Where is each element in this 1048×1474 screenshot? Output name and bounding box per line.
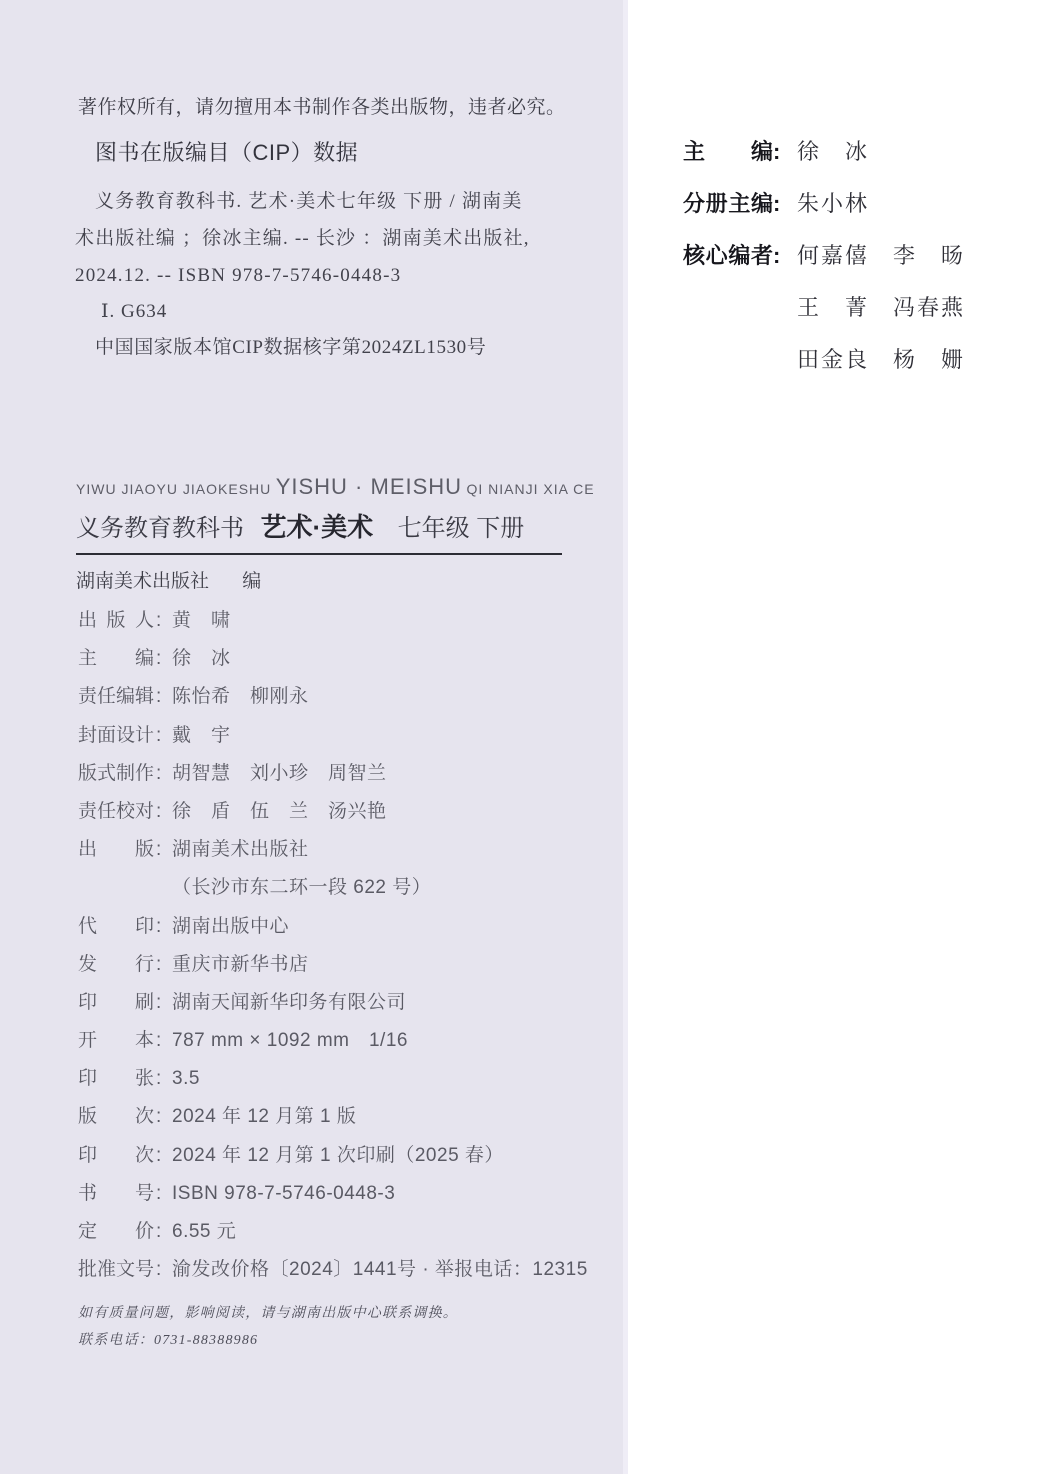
publisher-line: 湖南美术出版社 编 <box>76 566 562 593</box>
cip-record-number: 中国国家版本馆CIP数据核字第2024ZL1530号 <box>95 330 585 366</box>
book-title: 义务教育教科书 艺术·美术 七年级 下册 <box>76 507 562 544</box>
cip-classification: Ⅰ. G634 <box>101 294 585 330</box>
cip-line-3: 2024.12. -- ISBN 978-7-5746-0448-3 <box>75 257 585 294</box>
quality-note-line1: 如有质量问题，影响阅读，请与湖南出版中心联系调换。 <box>78 1300 458 1327</box>
editor-row-core-1: 核心编者:何嘉僖 李 旸 <box>683 230 1023 282</box>
colophon-row-sheets: 印张:3.5 <box>78 1060 598 1098</box>
title-series: 义务教育教科书 <box>76 515 244 542</box>
left-page: 著作权所有，请勿擅用本书制作各类出版物，违者必究。 图书在版编目（CIP）数据 … <box>0 0 628 1474</box>
colophon-list: 出版人:黄 啸 主编:徐 冰 责任编辑:陈怡希 柳刚永 封面设计:戴 宇 版式制… <box>78 602 598 1289</box>
pinyin-line: YIWU JIAOYU JIAOKESHU YISHU · MEISHU QI … <box>76 474 562 500</box>
colophon-row-printer: 印刷:湖南天闻新华印务有限公司 <box>78 984 598 1022</box>
colophon-row-distribution: 发行:重庆市新华书店 <box>78 946 598 984</box>
editor-row-chief: 主编:徐 冰 <box>683 126 1023 178</box>
colophon-row-impression: 印次:2024 年 12 月第 1 次印刷（2025 春） <box>78 1137 598 1175</box>
publisher-name: 湖南美术出版社 <box>76 571 209 592</box>
cip-line-2: 术出版社编 ；徐冰主编. -- 长沙 ：湖南美术出版社, <box>75 220 585 257</box>
quality-note: 如有质量问题，影响阅读，请与湖南出版中心联系调换。 联系电话：0731-8838… <box>78 1300 458 1354</box>
editor-row-core-3: 田金良 杨 姗 <box>683 334 1023 386</box>
colophon-row-format: 开本:787 mm × 1092 mm 1/16 <box>78 1022 598 1060</box>
publisher-role: 编 <box>242 571 261 592</box>
colophon-row-publisher-person: 出版人:黄 啸 <box>78 602 598 640</box>
quality-note-line2: 联系电话：0731-88388986 <box>78 1327 458 1354</box>
colophon-row-address: （长沙市东二环一段 622 号） <box>78 869 598 907</box>
colophon-row-printing-agent: 代印:湖南出版中心 <box>78 908 598 946</box>
colophon-row-cover-design: 封面设计:戴 宇 <box>78 717 598 755</box>
copyright-notice: 著作权所有，请勿擅用本书制作各类出版物，违者必究。 <box>78 92 566 119</box>
colophon-row-isbn: 书号:ISBN 978-7-5746-0448-3 <box>78 1175 598 1213</box>
colophon-row-proofreading: 责任校对:徐 盾 伍 兰 汤兴艳 <box>78 793 598 831</box>
title-underline <box>76 553 562 555</box>
publisher-address: （长沙市东二环一段 622 号） <box>172 877 431 898</box>
colophon-row-price: 定价:6.55 元 <box>78 1213 598 1251</box>
cip-heading: 图书在版编目（CIP）数据 <box>95 136 585 167</box>
copyright-page: 著作权所有，请勿擅用本书制作各类出版物，违者必究。 图书在版编目（CIP）数据 … <box>0 0 1048 1474</box>
colophon-row-publisher: 出版:湖南美术出版社 <box>78 831 598 869</box>
pinyin-prefix: YIWU JIAOYU JIAOKESHU <box>76 481 271 497</box>
title-subject: 艺术·美术 <box>260 512 373 542</box>
colophon-row-chief-editor: 主编:徐 冰 <box>78 640 598 678</box>
cip-block: 图书在版编目（CIP）数据 义务教育教科书. 艺术·美术七年级 下册 / 湖南美… <box>75 136 585 366</box>
colophon-row-responsible-editor: 责任编辑:陈怡希 柳刚永 <box>78 678 598 716</box>
colophon-row-approval-number: 批准文号:渝发改价格〔2024〕1441号 · 举报电话：12315 <box>78 1251 598 1289</box>
pinyin-suffix: QI NIANJI XIA CE <box>467 481 595 497</box>
colophon-row-edition: 版次:2024 年 12 月第 1 版 <box>78 1098 598 1136</box>
editor-row-core-2: 王 菁 冯春燕 <box>683 282 1023 334</box>
editor-row-volume-chief: 分册主编:朱小林 <box>683 178 1023 230</box>
editors-block: 主编:徐 冰 分册主编:朱小林 核心编者:何嘉僖 李 旸 王 菁 冯春燕 田金良… <box>683 126 1023 386</box>
book-title-block: YIWU JIAOYU JIAOKESHU YISHU · MEISHU QI … <box>76 474 562 593</box>
colophon-row-layout: 版式制作:胡智慧 刘小珍 周智兰 <box>78 755 598 793</box>
right-page: 主编:徐 冰 分册主编:朱小林 核心编者:何嘉僖 李 旸 王 菁 冯春燕 田金良… <box>628 0 1048 1474</box>
title-grade: 七年级 下册 <box>398 515 525 542</box>
cip-line-1: 义务教育教科书. 艺术·美术七年级 下册 / 湖南美 <box>75 183 585 220</box>
pinyin-main: YISHU · MEISHU <box>276 474 462 499</box>
